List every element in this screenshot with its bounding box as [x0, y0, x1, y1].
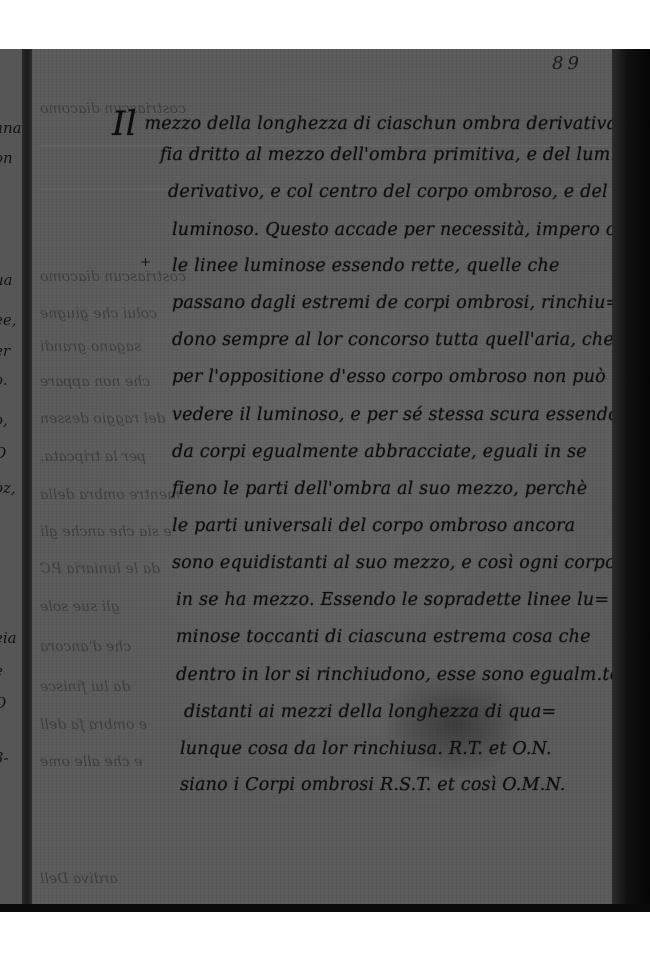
manuscript-line-14: in se ha mezzo. Essendo le sopradette li…	[176, 590, 609, 610]
bleed-line: ardiva Dell	[40, 871, 118, 887]
margin-fragment: o.	[0, 371, 8, 389]
manuscript-line-8: per l'oppositione d'esso corpo ombroso n…	[172, 367, 606, 387]
manuscript-line-3: derivativo, e col centro del corpo ombro…	[168, 182, 608, 202]
bleed-line: che non appare	[40, 374, 150, 390]
margin-fragment: ua	[0, 271, 13, 289]
adjacent-page-text: ana on ua ee, er o. o, O oz, eia e O 3-	[0, 49, 22, 912]
manuscript-line-2: fia dritto al mezzo dell'ombra primitiva…	[160, 145, 617, 165]
bleed-line: del raggio dessen	[40, 411, 165, 427]
manuscript-line-19: siano i Corpi ombrosi R.S.T. et così O.M…	[180, 775, 566, 795]
manuscript-line-16: dentro in lor si rinchiudono, esse sono …	[176, 665, 620, 685]
decorated-initial: Il	[112, 104, 137, 144]
bleed-line: da le luniaria P.C	[40, 561, 160, 577]
margin-fragment: on	[0, 149, 13, 167]
marginal-cross-mark: +	[140, 255, 151, 270]
margin-fragment: ee,	[0, 311, 17, 329]
manuscript-line-4: luminoso. Questo accade per necessità, i…	[172, 220, 638, 240]
bleed-through-text: costriascun diacomo costriascun diacomo …	[40, 49, 190, 912]
bleed-line: e sia che anche gli	[40, 524, 172, 540]
manuscript-line-6: passano dagli estremi de corpi ombrosi, …	[172, 293, 620, 313]
manuscript-line-11: fieno le parti dell'ombra al suo mezzo, …	[172, 479, 587, 499]
margin-fragment: ana	[0, 119, 22, 137]
manuscript-line-5: le linee luminose essendo rette, quelle …	[172, 256, 560, 276]
manuscript-line-17: distanti ai mezzi della longhezza di qua…	[184, 702, 556, 722]
bleed-line: e che alle ome	[40, 754, 142, 770]
margin-fragment: O	[0, 694, 6, 712]
stain	[380, 669, 530, 779]
bleed-line: e ombra fa dell	[40, 717, 147, 733]
manuscript-line-18: lunque cosa da lor rinchiusa. R.T. et O.…	[180, 739, 552, 759]
margin-fragment: O	[0, 444, 6, 462]
bleed-line: da lui finisce	[40, 679, 130, 695]
bleed-line: costriascun diacomo	[40, 269, 186, 285]
folio-number: 89	[552, 53, 583, 74]
binding-edge	[612, 49, 650, 912]
gutter-shadow	[22, 49, 32, 912]
page-bottom-edge	[0, 904, 650, 912]
margin-fragment: e	[0, 662, 3, 680]
margin-fragment: oz,	[0, 479, 16, 497]
manuscript-line-10: da corpi egualmente abbracciate, eguali …	[172, 442, 587, 462]
bleed-line: sagano grandi	[40, 339, 141, 355]
margin-fragment: o,	[0, 411, 8, 429]
bleed-line: per la tripcata.	[40, 449, 146, 465]
bleed-line: gli sue sole	[40, 599, 120, 615]
manuscript-line-12: le parti universali del corpo ombroso an…	[172, 516, 575, 536]
manuscript-scan: ana on ua ee, er o. o, O oz, eia e O 3- …	[0, 49, 650, 912]
manuscript-line-9: vedere il luminoso, e per sé stessa scur…	[172, 405, 619, 425]
bleed-line: mentre ombra della	[40, 487, 180, 503]
manuscript-line-7: dono sempre al lor concorso tutta quell'…	[172, 330, 614, 350]
line-text: mezzo della longhezza di ciaschun ombra …	[144, 114, 617, 134]
manuscript-line-13: sono equidistanti al suo mezzo, e così o…	[172, 553, 616, 573]
margin-fragment: 3-	[0, 749, 9, 767]
manuscript-line-15: minose toccanti di ciascuna estrema cosa…	[176, 627, 591, 647]
margin-fragment: er	[0, 342, 10, 360]
manuscript-line-1: Il mezzo della longhezza di ciaschun omb…	[112, 107, 617, 141]
bleed-line: colui che giugne	[40, 306, 157, 322]
margin-fragment: eia	[0, 629, 17, 647]
bleed-line: che d'ancora	[40, 639, 131, 655]
